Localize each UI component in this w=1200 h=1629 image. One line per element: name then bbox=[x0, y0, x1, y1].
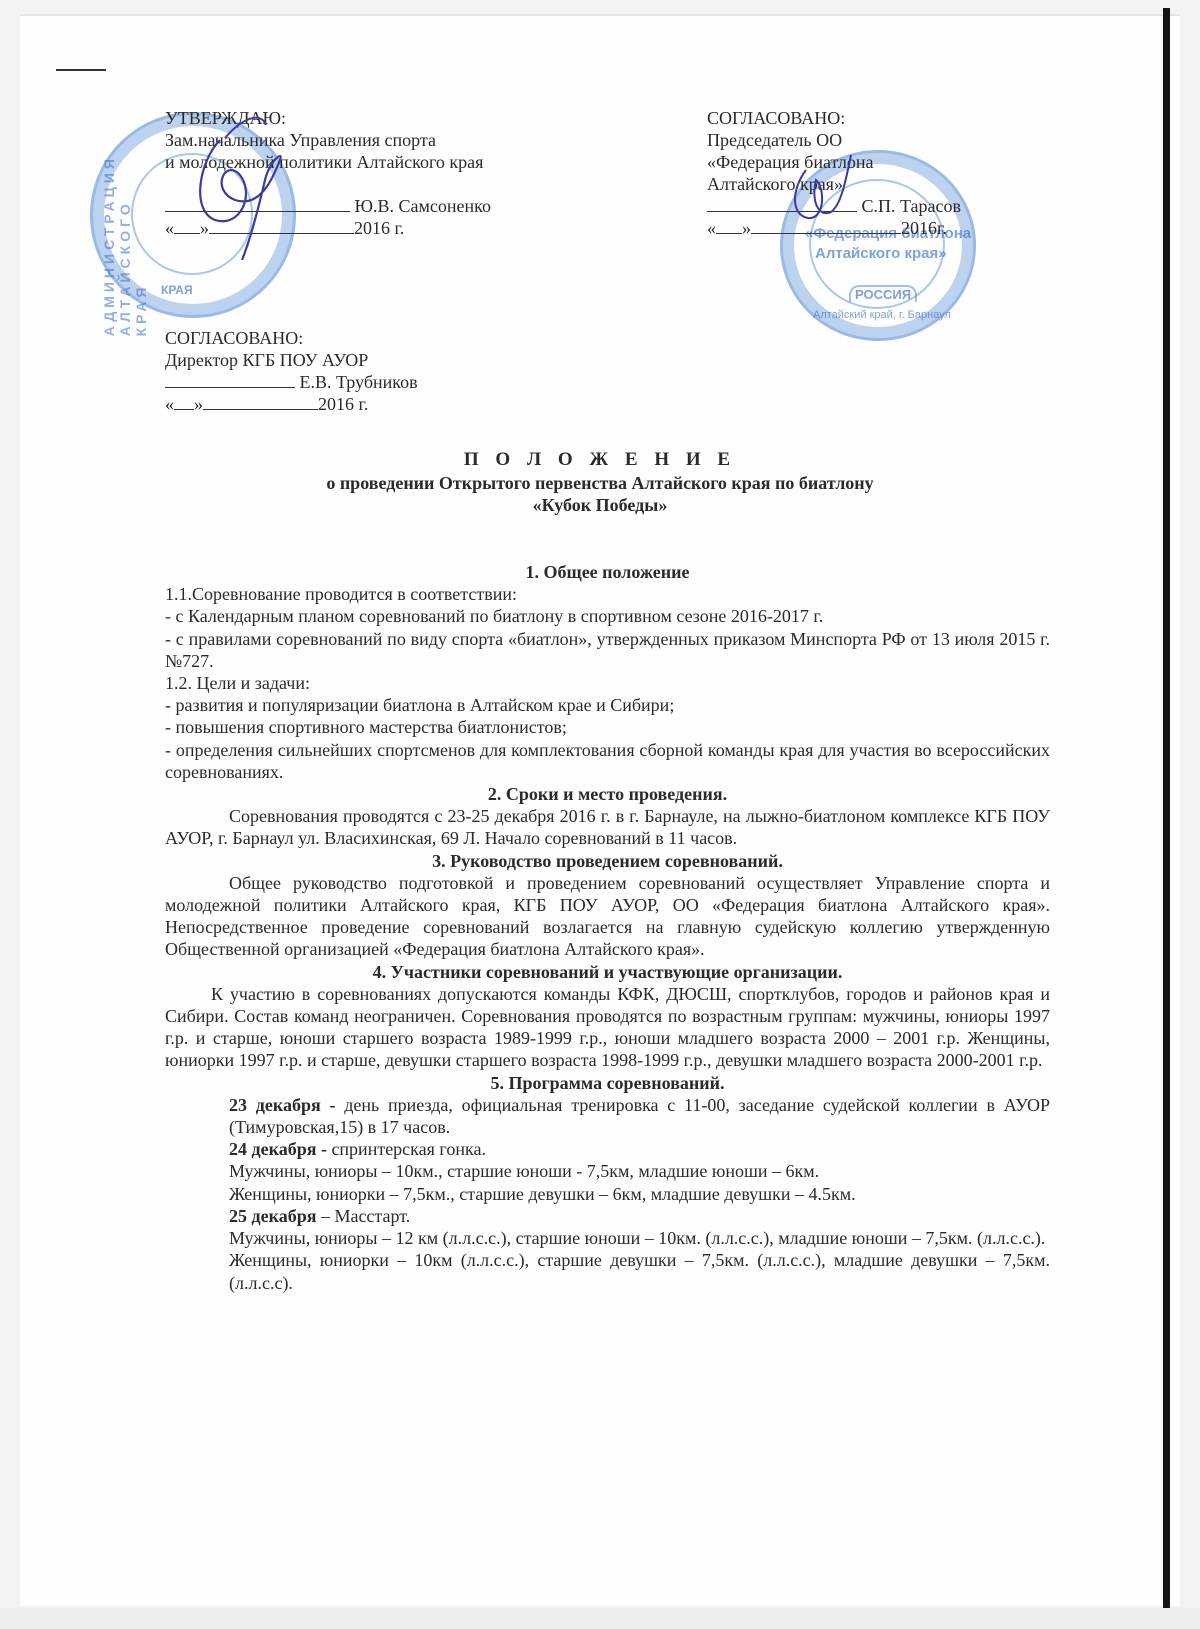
program-day-3: 25 декабря – Масстарт. bbox=[229, 1205, 1050, 1227]
month-blank bbox=[751, 217, 901, 234]
signature-line bbox=[165, 195, 350, 212]
approval-position-line2: и молодежной политики Алтайского края bbox=[165, 151, 491, 173]
paragraph: - с правилами соревнований по виду спорт… bbox=[165, 628, 1050, 672]
title-cup-name: «Кубок Победы» bbox=[0, 494, 1200, 516]
paragraph: Общее руководство подготовкой и проведен… bbox=[165, 872, 1050, 961]
section-4-heading: 4. Участники соревнований и участвующие … bbox=[165, 961, 1050, 983]
program-day-1: 23 декабря - день приезда, официальная т… bbox=[229, 1094, 1050, 1138]
day-blank bbox=[174, 393, 194, 410]
paragraph: К участию в соревнованиях допускаются ко… bbox=[165, 983, 1050, 1072]
program-day-1-text: день приезда, официальная тренировка с 1… bbox=[229, 1095, 1050, 1137]
date-quote-close: » bbox=[200, 218, 209, 238]
date-quote-open: « bbox=[707, 218, 716, 238]
date-quote-open: « bbox=[165, 394, 174, 414]
stamp-bottom-text: РОССИЯ bbox=[849, 285, 917, 302]
approval-heading: УТВЕРЖДАЮ: bbox=[165, 107, 491, 129]
program-day-3-text: – Масстарт. bbox=[316, 1206, 410, 1226]
paragraph: - определения сильнейших спортсменов для… bbox=[165, 739, 1050, 783]
program-day-1-date: 23 декабря - bbox=[229, 1095, 335, 1115]
stamp-center-line2: Алтайского края» bbox=[815, 245, 947, 262]
director-heading: СОГЛАСОВАНО: bbox=[165, 327, 418, 349]
date-quote-close: » bbox=[742, 218, 751, 238]
month-blank bbox=[209, 217, 354, 234]
approval-year: 2016 г. bbox=[354, 218, 404, 238]
paragraph: 1.1.Соревнование проводится в соответств… bbox=[165, 583, 1050, 605]
signature-line bbox=[165, 371, 295, 388]
section-5-heading: 5. Программа соревнований. bbox=[165, 1072, 1050, 1094]
federation-heading: СОГЛАСОВАНО: bbox=[707, 107, 961, 129]
paragraph: - повышения спортивного мастерства биатл… bbox=[165, 716, 1050, 738]
federation-agreement-block: СОГЛАСОВАНО: Председатель ОО «Федерация … bbox=[707, 107, 961, 239]
federation-signer: С.П. Тарасов bbox=[862, 196, 962, 216]
stamp-ring-text: АДМИНИСТРАЦИЯ АЛТАЙСКОГО КРАЯ bbox=[101, 155, 149, 336]
approval-signer: Ю.В. Самсоненко bbox=[355, 196, 491, 216]
federation-year: 2016г. bbox=[901, 218, 947, 238]
approval-block: УТВЕРЖДАЮ: Зам.начальника Управления спо… bbox=[165, 107, 491, 239]
program-schedule: 23 декабря - день приезда, официальная т… bbox=[165, 1094, 1050, 1294]
paragraph: Соревнования проводятся с 23-25 декабря … bbox=[165, 805, 1050, 849]
program-day-2-women: Женщины, юниорки – 7,5км., старшие девуш… bbox=[229, 1183, 1050, 1205]
day-blank bbox=[716, 217, 742, 234]
title-main: П О Л О Ж Е Н И Е bbox=[0, 448, 1200, 472]
section-3-heading: 3. Руководство проведением соревнований. bbox=[165, 850, 1050, 872]
scan-bottom-margin bbox=[0, 1608, 1200, 1629]
program-day-3-women: Женщины, юниорки – 10км (л.л.с.с.), стар… bbox=[229, 1249, 1050, 1293]
federation-position-line2: «Федерация биатлона bbox=[707, 151, 961, 173]
approval-position-line1: Зам.начальника Управления спорта bbox=[165, 129, 491, 151]
stamp-bottom-text: КРАЯ bbox=[161, 283, 193, 297]
document-title: П О Л О Ж Е Н И Е о проведении Открытого… bbox=[0, 448, 1200, 516]
director-position: Директор КГБ ПОУ АУОР bbox=[165, 349, 418, 371]
month-blank bbox=[203, 393, 318, 410]
signature-line bbox=[707, 195, 857, 212]
program-day-2: 24 декабря - спринтерская гонка. bbox=[229, 1138, 1050, 1160]
director-signer: Е.В. Трубников bbox=[300, 372, 418, 392]
program-day-2-date: 24 декабря - bbox=[229, 1139, 327, 1159]
document-body: 1. Общее положение 1.1.Соревнование пров… bbox=[165, 561, 1050, 1294]
section-2-heading: 2. Сроки и место проведения. bbox=[165, 783, 1050, 805]
program-day-3-men: Мужчины, юниоры – 12 км (л.л.с.с.), стар… bbox=[229, 1227, 1050, 1249]
stamp-ring-bottom-text: Алтайский край, г. Барнаул bbox=[813, 309, 951, 321]
director-year: 2016 г. bbox=[318, 394, 368, 414]
federation-position-line1: Председатель ОО bbox=[707, 129, 961, 151]
day-blank bbox=[174, 217, 200, 234]
federation-position-line3: Алтайского края» bbox=[707, 173, 961, 195]
paragraph: 1.2. Цели и задачи: bbox=[165, 672, 1050, 694]
date-quote-open: « bbox=[165, 218, 174, 238]
program-day-3-date: 25 декабря bbox=[229, 1206, 316, 1226]
page-dash-mark bbox=[56, 69, 106, 71]
paragraph: - с Календарным планом соревнований по б… bbox=[165, 605, 1050, 627]
title-subtitle: о проведении Открытого первенства Алтайс… bbox=[0, 472, 1200, 494]
program-day-2-men: Мужчины, юниоры – 10км., старшие юноши -… bbox=[229, 1160, 1050, 1182]
section-1-heading: 1. Общее положение bbox=[165, 561, 1050, 583]
scan-edge-bar bbox=[1163, 8, 1170, 1608]
date-quote-close: » bbox=[194, 394, 203, 414]
program-day-2-text: спринтерская гонка. bbox=[327, 1139, 486, 1159]
paragraph: - развития и популяризации биатлона в Ал… bbox=[165, 694, 1050, 716]
director-agreement-block: СОГЛАСОВАНО: Директор КГБ ПОУ АУОР Е.В. … bbox=[165, 327, 418, 415]
